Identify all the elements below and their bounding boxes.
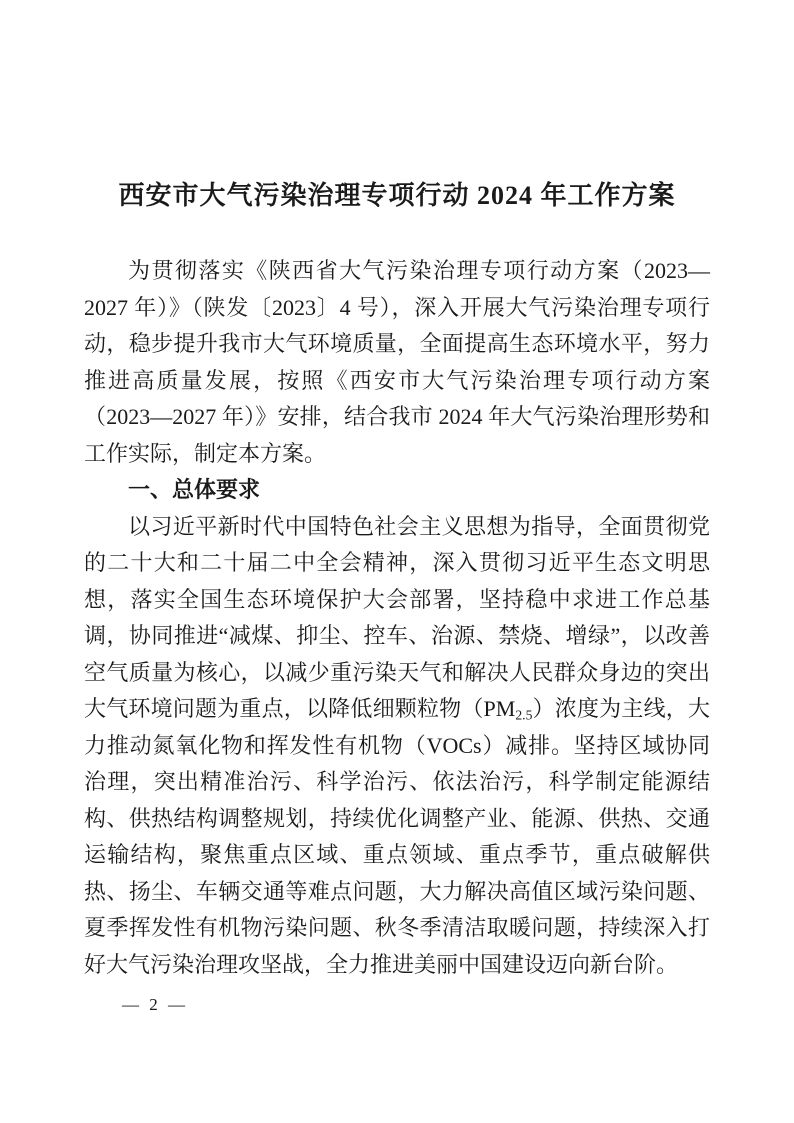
pm25-subscript: 2.5 <box>515 707 532 722</box>
page-number: — 2 — <box>122 995 188 1015</box>
paragraph-overall-requirements: 以习近平新时代中国特色社会主义思想为指导，全面贯彻党的二十大和二十届二中全会精神… <box>84 509 710 984</box>
paragraph-text-before-subscript: 以习近平新时代中国特色社会主义思想为指导，全面贯彻党的二十大和二十届二中全会精神… <box>84 514 710 722</box>
section-heading-overall-requirements: 一、总体要求 <box>84 472 710 509</box>
document-title: 西安市大气污染治理专项行动 2024 年工作方案 <box>84 181 710 211</box>
document-page: 西安市大气污染治理专项行动 2024 年工作方案 为贯彻落实《陕西省大气污染治理… <box>0 0 794 1123</box>
paragraph-intro: 为贯彻落实《陕西省大气污染治理专项行动方案（2023—2027 年）》（陕发〔2… <box>84 253 710 472</box>
paragraph-text-after-subscript: ）浓度为主线，大力推动氮氧化物和挥发性有机物（VOCs）减排。坚持区域协同治理，… <box>84 696 710 977</box>
document-content: 西安市大气污染治理专项行动 2024 年工作方案 为贯彻落实《陕西省大气污染治理… <box>0 0 794 983</box>
